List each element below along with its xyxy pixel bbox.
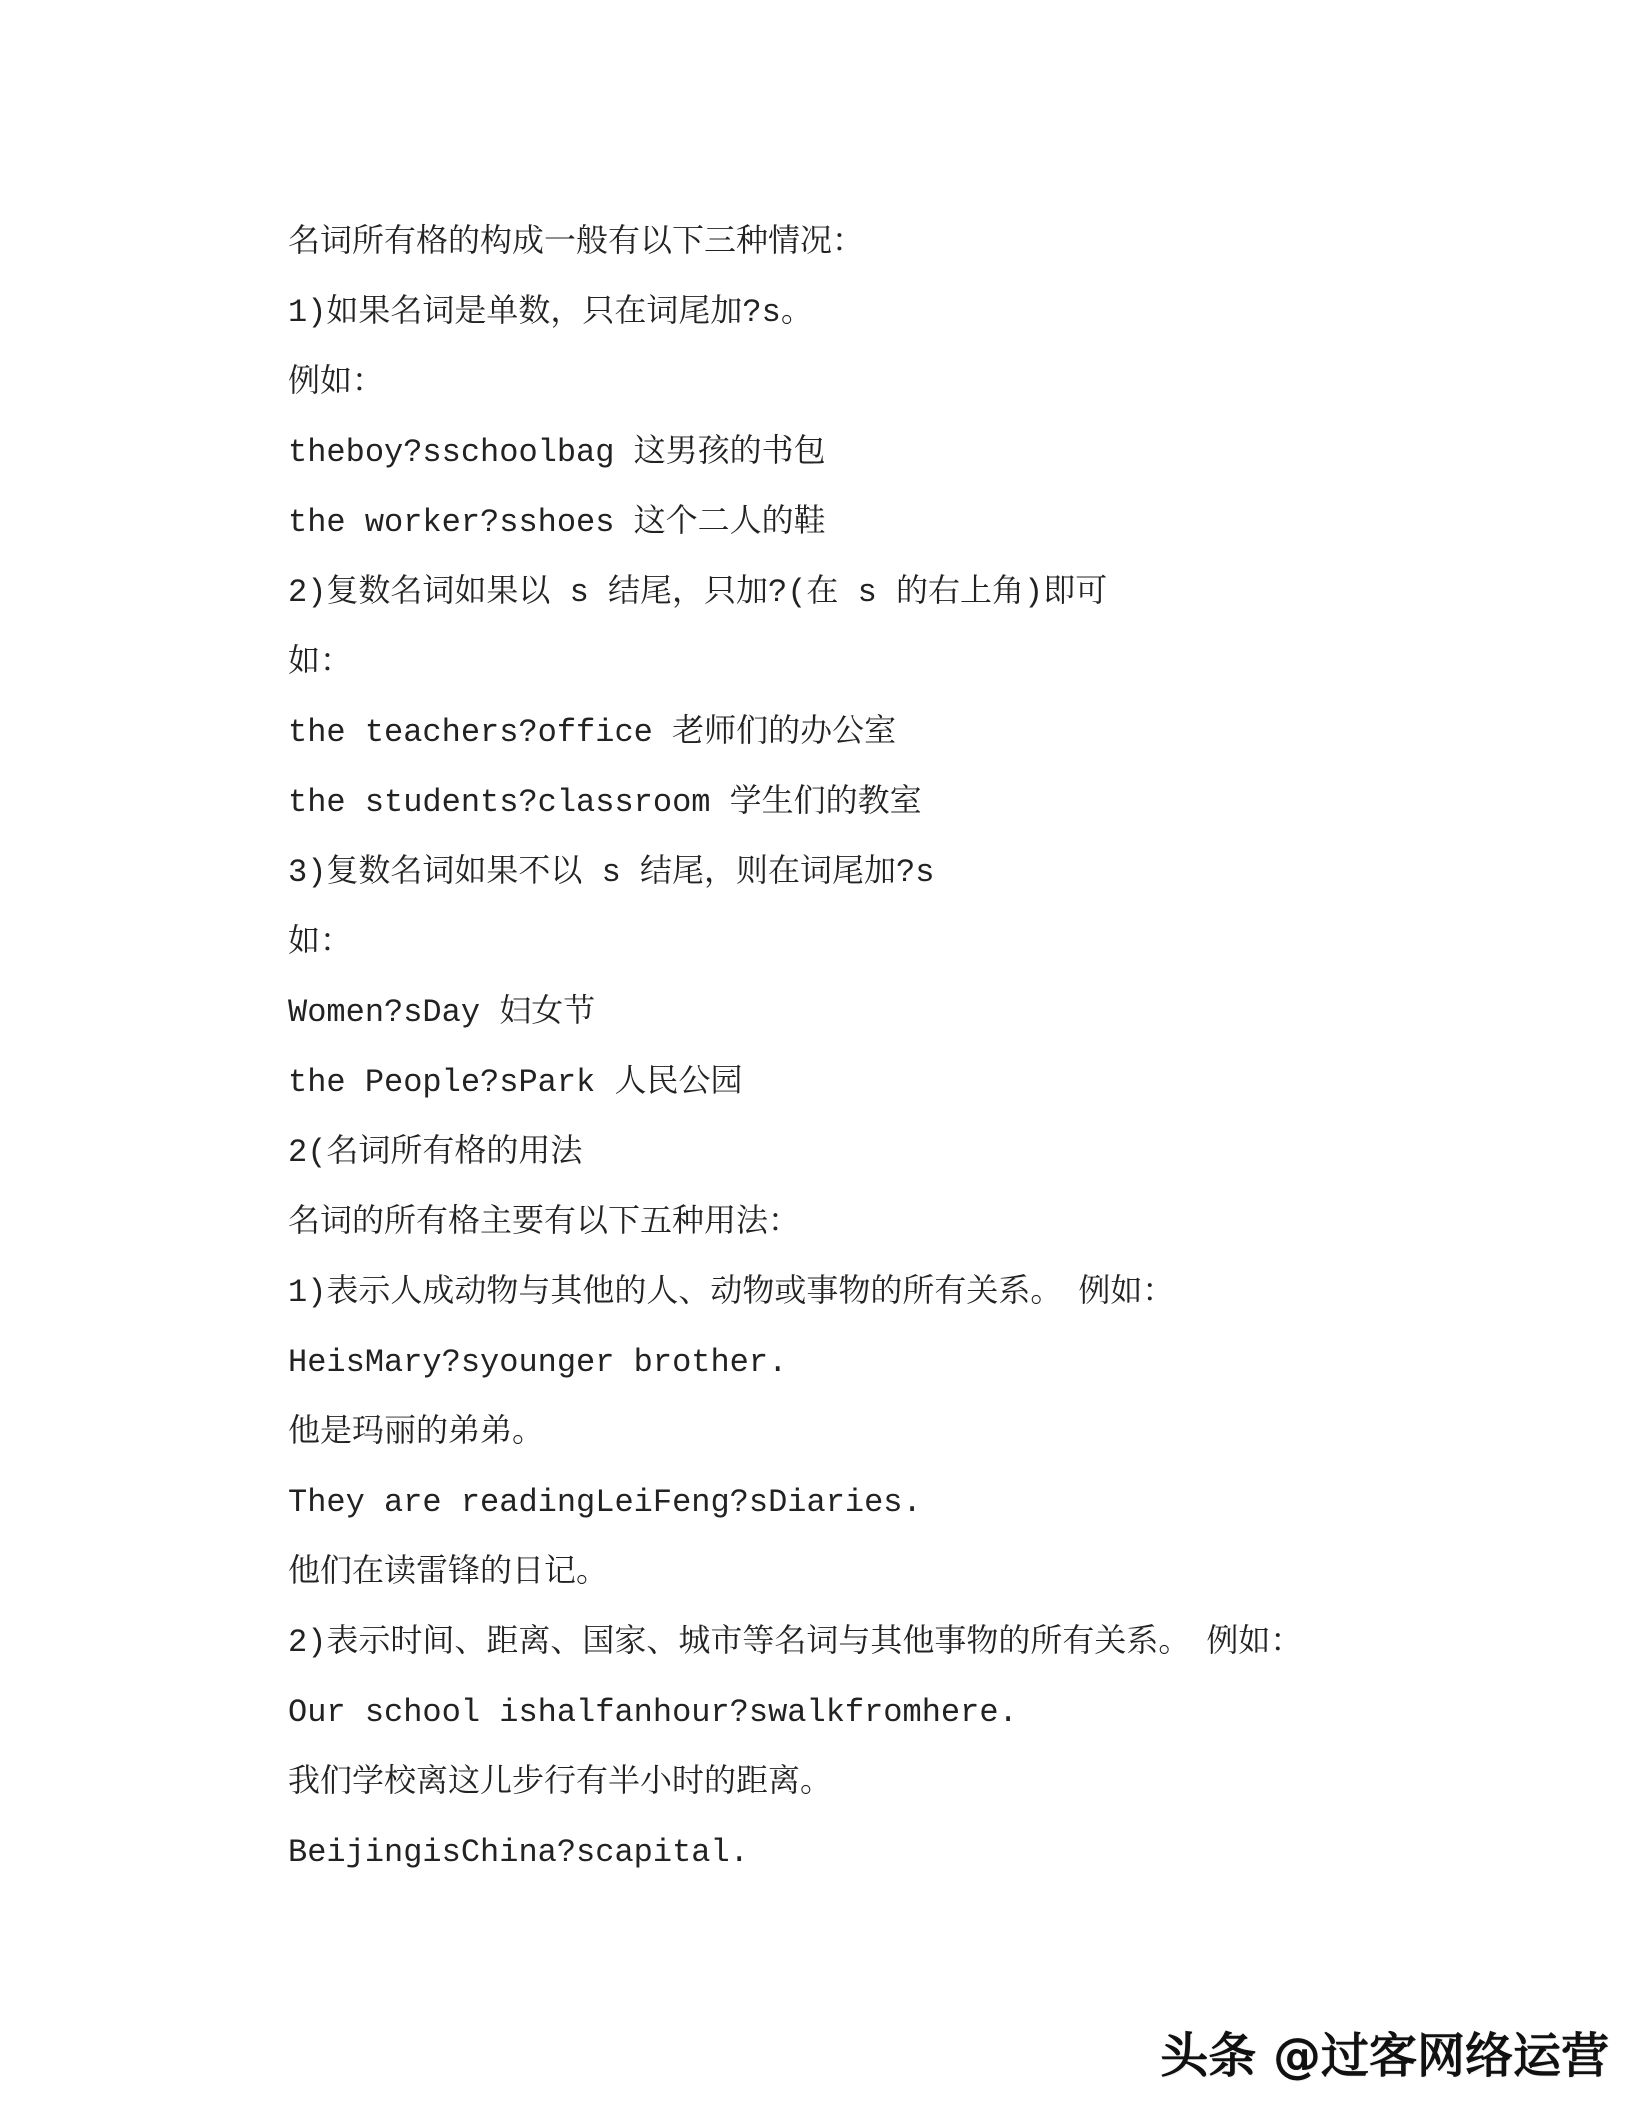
- text-line: 1)如果名词是单数，只在词尾加?s。: [288, 278, 1592, 348]
- text-line: They are readingLeiFeng?sDiaries.: [288, 1468, 1592, 1538]
- document-page: 名词所有格的构成一般有以下三种情况： 1)如果名词是单数，只在词尾加?s。 例如…: [0, 0, 1632, 2112]
- text-line: 他是玛丽的弟弟。: [288, 1398, 1592, 1468]
- text-line: the teachers?office 老师们的办公室: [288, 698, 1592, 768]
- toutiao-watermark: 头条 @过客网络运营: [1160, 2028, 1609, 2084]
- text-line: 他们在读雷锋的日记。: [288, 1538, 1592, 1608]
- text-line: 如：: [288, 908, 1592, 978]
- text-line: 1)表示人成动物与其他的人、动物或事物的所有关系。 例如：: [288, 1258, 1592, 1328]
- text-line: the People?sPark 人民公园: [288, 1048, 1592, 1118]
- text-line: HeisMary?syounger brother.: [288, 1328, 1592, 1398]
- text-line: Our school ishalfanhour?swalkfromhere.: [288, 1678, 1592, 1748]
- text-line: 名词的所有格主要有以下五种用法：: [288, 1188, 1592, 1258]
- text-line: 3)复数名词如果不以 s 结尾，则在词尾加?s: [288, 838, 1592, 908]
- text-line: BeijingisChina?scapital.: [288, 1818, 1592, 1888]
- text-line: the students?classroom 学生们的教室: [288, 768, 1592, 838]
- text-line: the worker?sshoes 这个二人的鞋: [288, 488, 1592, 558]
- document-text-block: 名词所有格的构成一般有以下三种情况： 1)如果名词是单数，只在词尾加?s。 例如…: [288, 208, 1592, 1888]
- text-line: 2(名词所有格的用法: [288, 1118, 1592, 1188]
- text-line: 2)表示时间、距离、国家、城市等名词与其他事物的所有关系。 例如：: [288, 1608, 1592, 1678]
- text-line: 2)复数名词如果以 s 结尾，只加?(在 s 的右上角)即可: [288, 558, 1592, 628]
- text-line: 例如：: [288, 348, 1592, 418]
- text-line: 如：: [288, 628, 1592, 698]
- text-line: theboy?sschoolbag 这男孩的书包: [288, 418, 1592, 488]
- text-line: 我们学校离这儿步行有半小时的距离。: [288, 1748, 1592, 1818]
- text-line: Women?sDay 妇女节: [288, 978, 1592, 1048]
- text-line: 名词所有格的构成一般有以下三种情况：: [288, 208, 1592, 278]
